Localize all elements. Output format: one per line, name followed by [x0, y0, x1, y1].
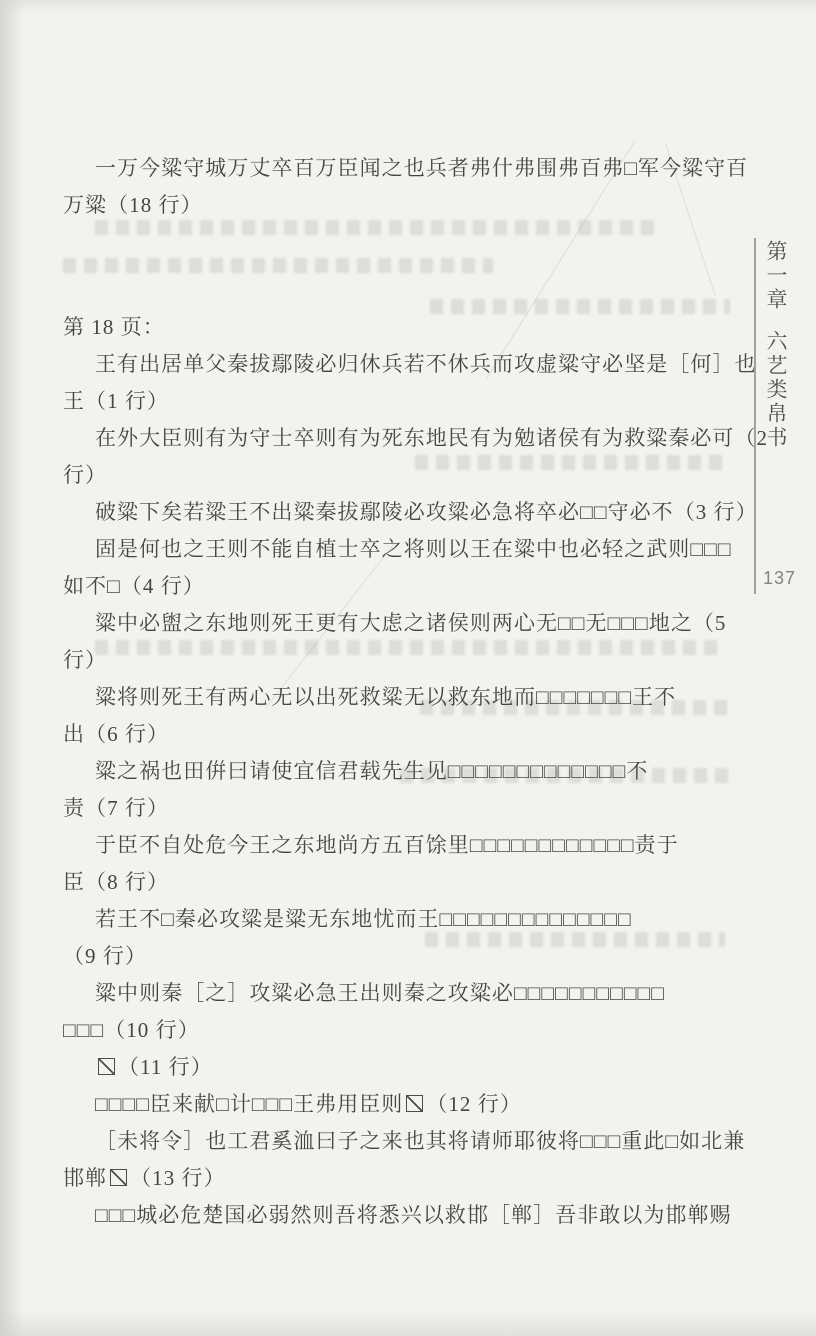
scan-edge-shadow-bottom [0, 1310, 816, 1336]
paragraph: 粱中则秦［之］攻粱必急王出则秦之攻粱必□□□□□□□□□□□□□□（10 行） [63, 975, 751, 1049]
text-line: 若王不□秦必攻粱是粱无东地忧而王□□□□□□□□□□□□□□ [63, 901, 751, 938]
paragraph: 固是何也之王则不能自植士卒之将则以王在粱中也必轻之武则□□□如不□（4 行） [63, 531, 751, 605]
text-line: 责（7 行） [63, 790, 751, 827]
text-line: 固是何也之王则不能自植士卒之将则以王在粱中也必轻之武则□□□ [63, 531, 751, 568]
text-line: 王（1 行） [63, 383, 751, 420]
scan-edge-shadow-top [0, 0, 816, 14]
damaged-char-box [110, 1169, 127, 1186]
paragraph: 粱将则死王有两心无以出死救粱无以救东地而□□□□□□□王不出（6 行） [63, 679, 751, 753]
text-line: 万粱（18 行） [63, 187, 751, 224]
scan-edge-shadow-left [0, 0, 24, 1336]
paragraph: 第 18 页： [63, 309, 751, 346]
text-line: 粱将则死王有两心无以出死救粱无以救东地而□□□□□□□王不 [63, 679, 751, 716]
sidebar-rule [754, 238, 756, 594]
damaged-char-box [98, 1058, 115, 1075]
text-line: 粱中必盥之东地则死王更有大虑之诸侯则两心无□□无□□□地之（5 [63, 605, 751, 642]
page-number: 137 [763, 568, 796, 589]
paragraph: 一万今粱守城万丈卒百万臣闻之也兵者弗什弗围弗百弗□军今粱守百万粱（18 行） [63, 150, 751, 224]
paragraph: ［未将令］也工君奚洫曰子之来也其将请师耶彼将□□□重此□如北兼邯郸（13 行） [63, 1123, 751, 1197]
paragraph: 粱之祸也田倂曰请使宜信君载先生见□□□□□□□□□□□□□不责（7 行） [63, 753, 751, 827]
text-line: □□□城必危楚国必弱然则吾将悉兴以救邯［郸］吾非敢以为邯郸赐 [63, 1197, 751, 1234]
paragraph: 若王不□秦必攻粱是粱无东地忧而王□□□□□□□□□□□□□□（9 行） [63, 901, 751, 975]
text-line: 粱之祸也田倂曰请使宜信君载先生见□□□□□□□□□□□□□不 [63, 753, 751, 790]
text-line: （11 行） [63, 1049, 751, 1086]
text-line: 臣（8 行） [63, 864, 751, 901]
paragraph: 于臣不自处危今王之东地尚方五百馀里□□□□□□□□□□□□责于臣（8 行） [63, 827, 751, 901]
text-line: 行） [63, 642, 751, 679]
text-line: 邯郸（13 行） [63, 1160, 751, 1197]
text-line: 行） [63, 457, 751, 494]
paragraph: 粱中必盥之东地则死王更有大虑之诸侯则两心无□□无□□□地之（5行） [63, 605, 751, 679]
text-line: □□□□臣来献□计□□□王弗用臣则（12 行） [63, 1086, 751, 1123]
text-line: （9 行） [63, 938, 751, 975]
text-line: 王有出居单父秦拔鄢陵必归休兵若不休兵而攻虚粱守必坚是［何］也 [63, 346, 751, 383]
text-line: 一万今粱守城万丈卒百万臣闻之也兵者弗什弗围弗百弗□军今粱守百 [63, 150, 751, 187]
damaged-char-box [406, 1095, 423, 1112]
text-line: 如不□（4 行） [63, 568, 751, 605]
chapter-label: 第一章 [764, 240, 788, 312]
margin-sidebar: 第一章六艺类帛书 [761, 240, 791, 660]
page-body: 一万今粱守城万丈卒百万臣闻之也兵者弗什弗围弗百弗□军今粱守百万粱（18 行）第 … [63, 150, 751, 1234]
text-line: 第 18 页： [63, 309, 751, 346]
text-line: 破粱下矣若粱王不出粱秦拔鄢陵必攻粱必急将卒必□□守必不（3 行） [63, 494, 751, 531]
paragraph: 王有出居单父秦拔鄢陵必归休兵若不休兵而攻虚粱守必坚是［何］也王（1 行） [63, 346, 751, 420]
paragraph: □□□□臣来献□计□□□王弗用臣则（12 行） [63, 1086, 751, 1123]
text-line: 于臣不自处危今王之东地尚方五百馀里□□□□□□□□□□□□责于 [63, 827, 751, 864]
scanned-page: 一万今粱守城万丈卒百万臣闻之也兵者弗什弗围弗百弗□军今粱守百万粱（18 行）第 … [0, 0, 816, 1336]
paragraph: （11 行） [63, 1049, 751, 1086]
text-line: □□□（10 行） [63, 1012, 751, 1049]
text-line: 出（6 行） [63, 716, 751, 753]
text-line: ［未将令］也工君奚洫曰子之来也其将请师耶彼将□□□重此□如北兼 [63, 1123, 751, 1160]
paragraph: □□□城必危楚国必弱然则吾将悉兴以救邯［郸］吾非敢以为邯郸赐 [63, 1197, 751, 1234]
paragraph: 在外大臣则有为守士卒则有为死东地民有为勉诸侯有为救粱秦必可（2行） [63, 420, 751, 494]
text-line: 粱中则秦［之］攻粱必急王出则秦之攻粱必□□□□□□□□□□□ [63, 975, 751, 1012]
text-line: 在外大臣则有为守士卒则有为死东地民有为勉诸侯有为救粱秦必可（2 [63, 420, 751, 457]
paragraph: 破粱下矣若粱王不出粱秦拔鄢陵必攻粱必急将卒必□□守必不（3 行） [63, 494, 751, 531]
section-label: 六艺类帛书 [764, 330, 788, 450]
